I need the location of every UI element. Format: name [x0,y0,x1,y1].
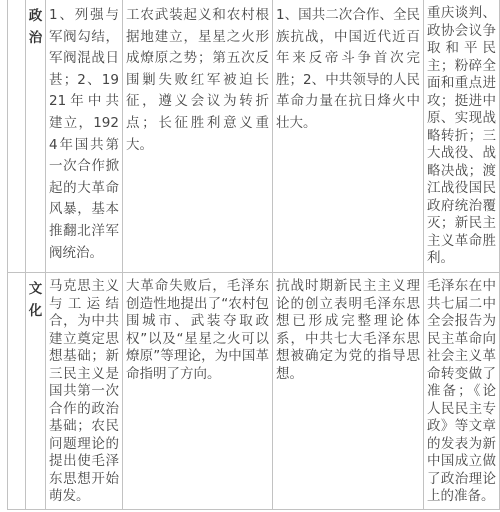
row-header-politics: 政治 [26,0,46,273]
table-row-culture: 文化 马克思主义与工运结合，为中共建立奠定思想基础；新三民主义是国共第一次合作的… [8,273,500,510]
cell-culture-anti-japanese-war: 抗战时期新民主主义理论的创立表明毛泽东思想已形成完整理论体系，中共七大毛泽东思想… [273,273,424,510]
cell-politics-founding-era: 1、列强与军阀勾结，军阀混战日甚；2、1921年中共建立，1924年国共第一次合… [46,0,123,273]
cell-politics-anti-japanese-war: 1、国共二次合作、全民族抗战，中国近代近百年来反帝斗争首次完胜；2、中共领导的人… [273,0,424,273]
cell-culture-liberation-war: 毛泽东在中共七届二中全会报告为民主革命向社会主义革命转变做了准备；《论人民民主专… [424,273,500,510]
cell-culture-agrarian-revolution: 大革命失败后，毛泽东创造性地提出了“农村包围城市、武装夺取政权”以及“星星之火可… [123,273,273,510]
cell-culture-founding-era: 马克思主义与工运结合，为中共建立奠定思想基础；新三民主义是国共第一次合作的政治基… [46,273,123,510]
row-header-culture: 文化 [26,273,46,510]
gutter-cell [8,273,26,510]
cell-politics-liberation-war: 重庆谈判、政协会议争取和平民主；粉碎全面和重点进攻；挺进中原、实现战略转折；三大… [424,0,500,273]
history-summary-table: 政治 1、列强与军阀勾结，军阀混战日甚；2、1921年中共建立，1924年国共第… [7,0,500,510]
cell-politics-agrarian-revolution: 工农武装起义和农村根据地建立，星星之火形成燎原之势；第五次反围剿失败红军被迫长征… [123,0,273,273]
table-row-politics: 政治 1、列强与军阀勾结，军阀混战日甚；2、1921年中共建立，1924年国共第… [8,0,500,273]
gutter-cell [8,0,26,273]
